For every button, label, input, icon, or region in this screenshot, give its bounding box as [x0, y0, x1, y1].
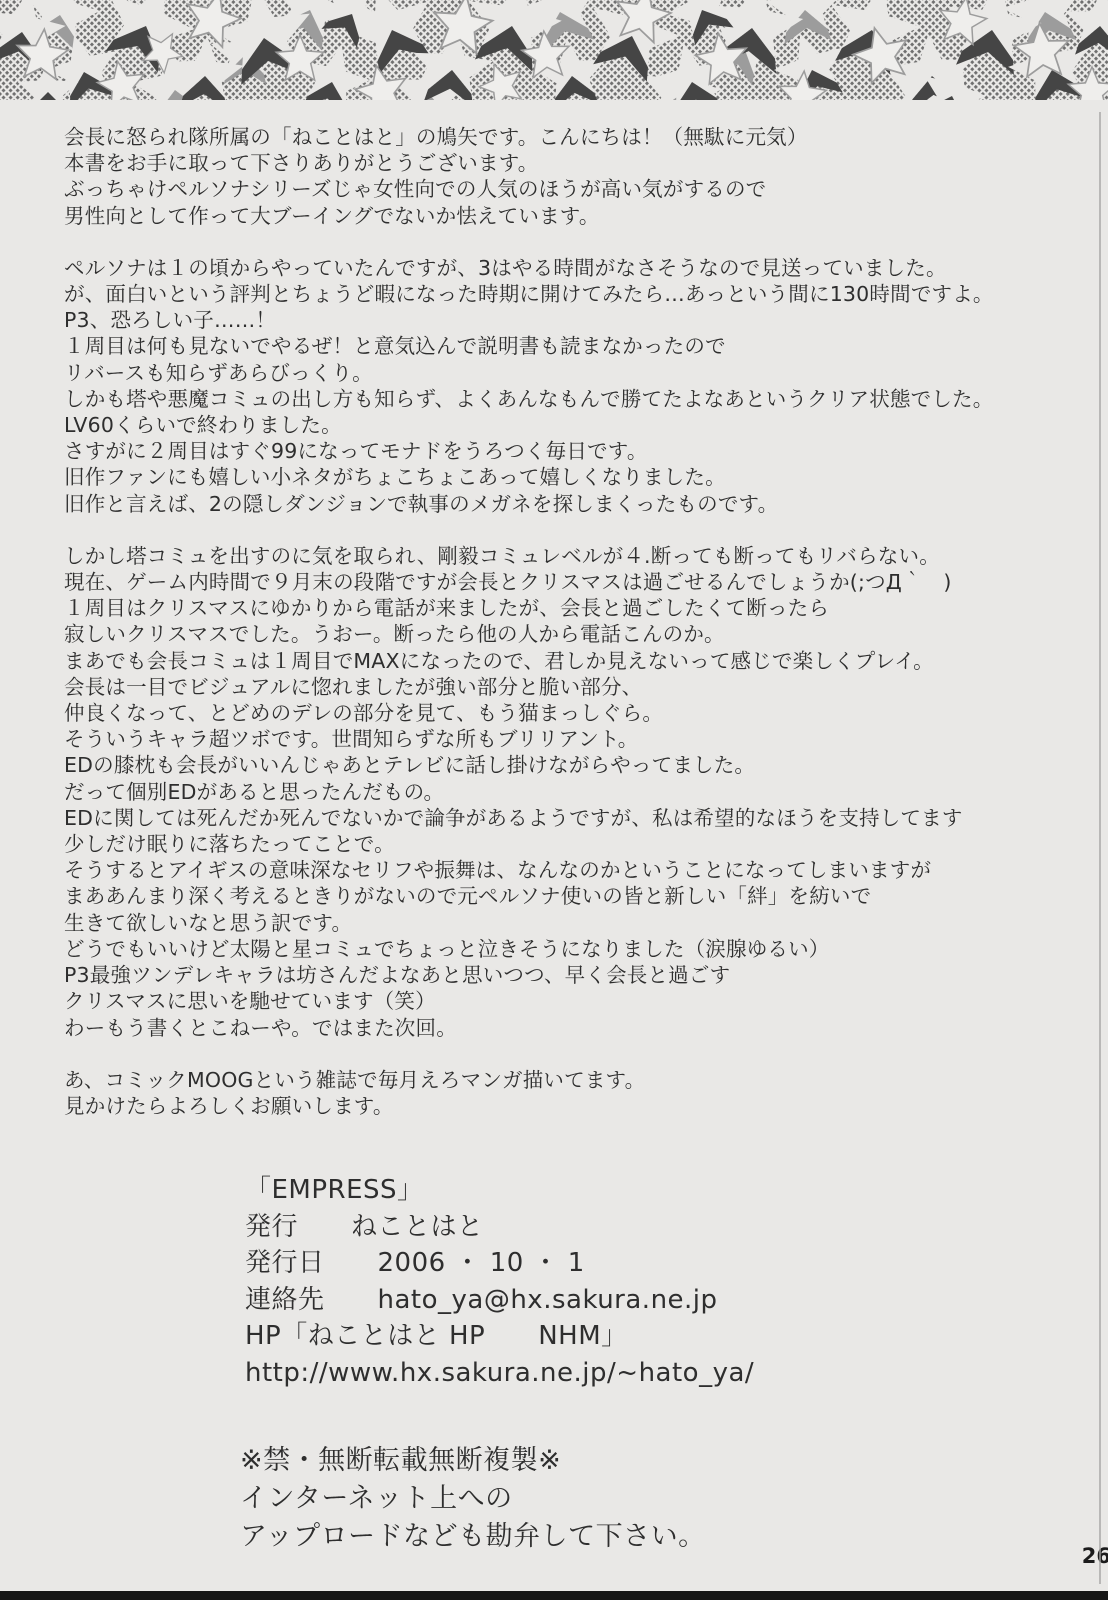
text-line: 旧作ファンにも嬉しい小ネタがちょこちょこあって嬉しくなりました。	[64, 464, 1094, 490]
text-line: しかし塔コミュを出すのに気を取られ、剛毅コミュレベルが４.断っても断ってもリバら…	[64, 543, 1094, 569]
text-line: 生きて欲しいなと思う訳です。	[64, 910, 1094, 936]
text-line: 発行日 2006 ・ 10 ・ 1	[245, 1245, 754, 1282]
text-line: そういうキャラ超ツボです。世間知らずな所もブリリアント。	[64, 726, 1094, 752]
text-line: しかも塔や悪魔コミュの出し方も知らず、よくあんなもんで勝てたよなあというクリア状…	[64, 386, 1094, 412]
afterword-paragraph-greeting: 会長に怒られ隊所属の「ねことはと」の鳩矢です。こんにちは！（無駄に元気）本書をお…	[64, 124, 1094, 229]
scan-edge-line	[1099, 112, 1101, 1584]
text-line: ※禁・無断転載無断複製※	[240, 1442, 706, 1480]
text-line: 少しだけ眠りに落ちたってことで。	[64, 831, 1094, 857]
text-line: １周目はクリスマスにゆかりから電話が来ましたが、会長と過ごしたくて断ったら	[64, 595, 1094, 621]
text-line: EDの膝枕も会長がいいんじゃあとテレビに話し掛けながらやってました。	[64, 752, 1094, 778]
text-line: ぶっちゃけペルソナシリーズじゃ女性向での人気のほうが高い気がするので	[64, 176, 1094, 202]
reproduction-prohibited-notice: ※禁・無断転載無断複製※インターネット上へのアップロードなども勘弁して下さい。	[240, 1442, 706, 1556]
text-line: まああんまり深く考えるときりがないので元ペルソナ使いの皆と新しい「絆」を紡いで	[64, 883, 1094, 909]
star-halftone-banner	[0, 0, 1108, 106]
page-number: 26	[1082, 1544, 1108, 1568]
text-line: ペルソナは１の頃からやっていたんですが、3はやる時間がなさそうなので見送っていま…	[64, 255, 1094, 281]
afterword-paragraph-playthrough: ペルソナは１の頃からやっていたんですが、3はやる時間がなさそうなので見送っていま…	[64, 255, 1094, 517]
text-line: が、面白いという評判とちょうど暇になった時期に開けてみたら…あっという間に130…	[64, 281, 1094, 307]
scan-bottom-border	[0, 1591, 1108, 1600]
text-line: 発行 ねことはと	[245, 1209, 754, 1246]
text-line: 男性向として作って大ブーイングでないか怯えています。	[64, 203, 1094, 229]
afterword-text: 会長に怒られ隊所属の「ねことはと」の鳩矢です。こんにちは！（無駄に元気）本書をお…	[64, 124, 1094, 1145]
text-line: どうでもいいけど太陽と星コミュでちょっと泣きそうになりました（涙腺ゆるい）	[64, 936, 1094, 962]
text-line: 本書をお手に取って下さりありがとうございます。	[64, 150, 1094, 176]
text-line: １周目は何も見ないでやるぜ！と意気込んで説明書も読まなかったので	[64, 333, 1094, 359]
text-line: インターネット上への	[240, 1480, 706, 1518]
text-line: わーもう書くとこねーや。ではまた次回。	[64, 1015, 1094, 1041]
colophon: 「EMPRESS」発行 ねことはと発行日 2006 ・ 10 ・ 1連絡先 ha…	[245, 1172, 754, 1391]
text-line: 会長に怒られ隊所属の「ねことはと」の鳩矢です。こんにちは！（無駄に元気）	[64, 124, 1094, 150]
text-line: クリスマスに思いを馳せています（笑）	[64, 988, 1094, 1014]
afterword-paragraph-social-links: しかし塔コミュを出すのに気を取られ、剛毅コミュレベルが４.断っても断ってもリバら…	[64, 543, 1094, 1041]
text-line: 現在、ゲーム内時間で９月末の段階ですが会長とクリスマスは過ごせるんでしょうか(;…	[64, 569, 1094, 595]
text-line: あ、コミックMOOGという雑誌で毎月えろマンガ描いてます。	[64, 1067, 1094, 1093]
text-line: リバースも知らずあらびっくり。	[64, 360, 1094, 386]
text-line: P3、恐ろしい子……！	[64, 307, 1094, 333]
scanned-doujinshi-afterword-page: 会長に怒られ隊所属の「ねことはと」の鳩矢です。こんにちは！（無駄に元気）本書をお…	[0, 0, 1108, 1600]
text-line: 寂しいクリスマスでした。うおー。断ったら他の人から電話こんのか。	[64, 621, 1094, 647]
text-line: P3最強ツンデレキャラは坊さんだよなあと思いつつ、早く会長と過ごす	[64, 962, 1094, 988]
text-line: 「EMPRESS」	[245, 1172, 754, 1209]
text-line: 仲良くなって、とどめのデレの部分を見て、もう猫まっしぐら。	[64, 700, 1094, 726]
text-line: http://www.hx.sakura.ne.jp/~hato_ya/	[245, 1355, 754, 1392]
afterword-paragraph-magazine-plug: あ、コミックMOOGという雑誌で毎月えろマンガ描いてます。見かけたらよろしくお願…	[64, 1067, 1094, 1119]
text-line: まあでも会長コミュは１周目でMAXになったので、君しか見えないって感じで楽しくプ…	[64, 648, 1094, 674]
text-line: EDに関しては死んだか死んでないかで論争があるようですが、私は希望的なほうを支持…	[64, 805, 1094, 831]
text-line: だって個別EDがあると思ったんだもの。	[64, 779, 1094, 805]
text-line: 旧作と言えば、2の隠しダンジョンで執事のメガネを探しまくったものです。	[64, 491, 1094, 517]
text-line: LV60くらいで終わりました。	[64, 412, 1094, 438]
text-line: そうするとアイギスの意味深なセリフや振舞は、なんなのかということになってしまいま…	[64, 857, 1094, 883]
text-line: 見かけたらよろしくお願いします。	[64, 1093, 1094, 1119]
text-line: さすがに２周目はすぐ99になってモナドをうろつく毎日です。	[64, 438, 1094, 464]
text-line: アップロードなども勘弁して下さい。	[240, 1518, 706, 1556]
text-line: HP「ねことはと HP NHM」	[245, 1318, 754, 1355]
text-line: 連絡先 hato_ya@hx.sakura.ne.jp	[245, 1282, 754, 1319]
text-line: 会長は一目でビジュアルに惚れましたが強い部分と脆い部分、	[64, 674, 1094, 700]
